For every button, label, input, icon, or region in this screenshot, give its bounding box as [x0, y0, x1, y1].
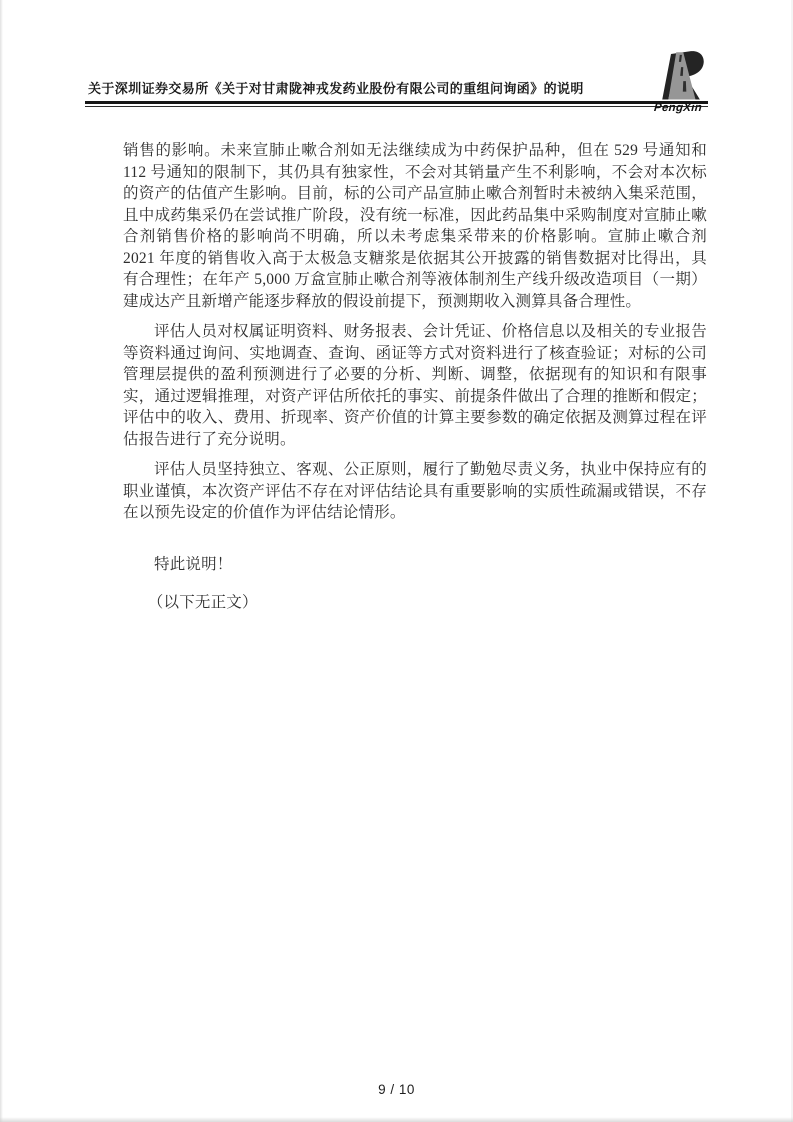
page-number: 9 / 10: [378, 1082, 415, 1097]
paragraph-verification: 评估人员对权属证明资料、财务报表、会计凭证、价格信息以及相关的专业报告等资料通过…: [123, 321, 707, 450]
scanned-document-page: 关于深圳证券交易所《关于对甘肃陇神戎发药业股份有限公司的重组问询函》的说明 Pe…: [0, 0, 793, 1122]
pengxin-logo: PengXin: [646, 50, 710, 114]
scan-edge-bottom: [0, 1117, 793, 1122]
header-rule: [85, 101, 708, 107]
no-more-text-note: （以下无正文）: [123, 592, 707, 614]
scan-edge-left: [0, 0, 3, 1122]
document-body: 销售的影响。未来宣肺止嗽合剂如无法继续成为中药保护品种，但在 529 号通知和 …: [123, 140, 707, 623]
paragraph-sales-impact: 销售的影响。未来宣肺止嗽合剂如无法继续成为中药保护品种，但在 529 号通知和 …: [123, 140, 707, 312]
page-header-title: 关于深圳证券交易所《关于对甘肃陇神戎发药业股份有限公司的重组问询函》的说明: [85, 78, 708, 97]
closing-note: 特此说明！: [123, 554, 707, 576]
pengxin-logo-text: PengXin: [646, 102, 711, 114]
page-footer: 9 / 10: [0, 1082, 793, 1097]
paragraph-independence: 评估人员坚持独立、客观、公正原则，履行了勤勉尽责义务，执业中保持应有的职业谨慎，…: [123, 459, 707, 524]
pengxin-r-icon: [646, 50, 710, 100]
page-header: 关于深圳证券交易所《关于对甘肃陇神戎发药业股份有限公司的重组问询函》的说明 Pe…: [85, 78, 708, 107]
